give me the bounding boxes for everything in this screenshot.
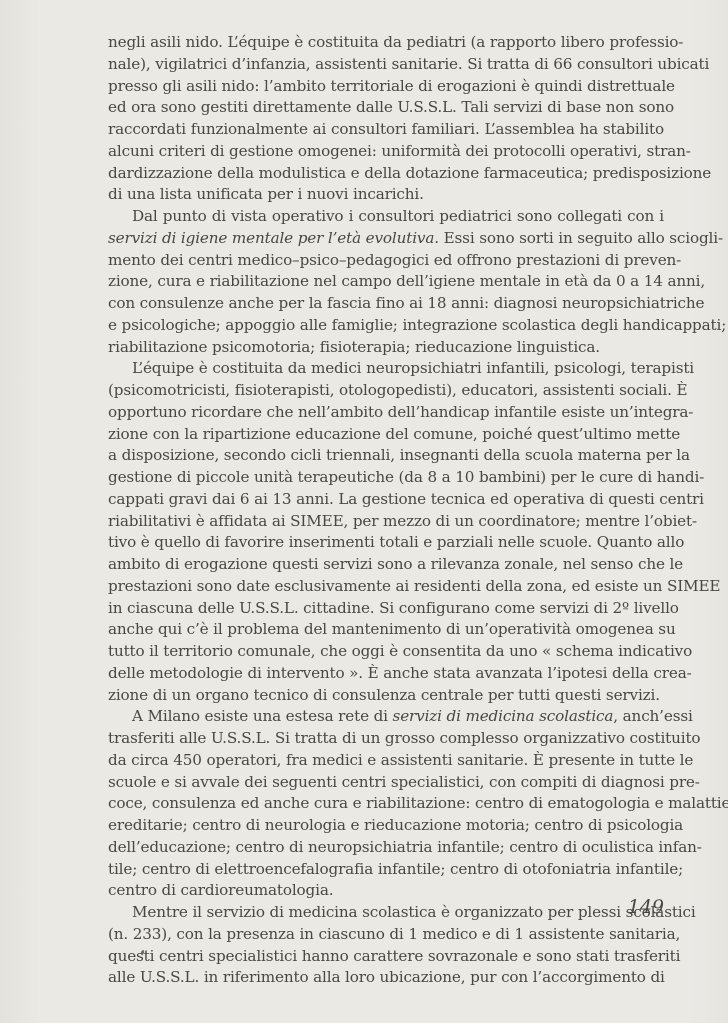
text-run: a disposizione, secondo cicli triennali,… <box>108 446 690 464</box>
text-run: zione con la ripartizione educazione del… <box>108 425 680 443</box>
text-line: di una lista unificata per i nuovi incar… <box>108 184 664 206</box>
text-line: zione con la ripartizione educazione del… <box>108 424 664 446</box>
text-run: anche qui c’è il problema del mantenimen… <box>108 620 676 638</box>
text-line: zione, cura e riabilitazione nel campo d… <box>108 271 664 293</box>
text-line: dell’educazione; centro di neuropsichiat… <box>108 837 664 859</box>
body-text: negli asili nido. L’équipe è costituita … <box>108 32 664 989</box>
page-number: 149 <box>628 896 664 918</box>
text-run: zione di un organo tecnico di consulenza… <box>108 686 660 704</box>
text-run: tivo è quello di favorire inserimenti to… <box>108 533 684 551</box>
text-line: a disposizione, secondo cicli triennali,… <box>108 445 664 467</box>
text-line: delle metodologie di intervento ». È anc… <box>108 663 664 685</box>
text-run: alcuni criteri di gestione omogenei: uni… <box>108 142 691 160</box>
text-run: scuole e si avvale dei seguenti centri s… <box>108 773 700 791</box>
text-line: raccordati funzionalmente ai consultori … <box>108 119 664 141</box>
text-line: Dal punto di vista operativo i consultor… <box>108 206 664 228</box>
text-run: ambito di erogazione questi servizi sono… <box>108 555 683 573</box>
text-line: alle U.S.S.L. in riferimento alla loro u… <box>108 967 664 989</box>
text-run: dardizzazione della modulistica e della … <box>108 164 711 182</box>
text-line: prestazioni sono date esclusivamente ai … <box>108 576 664 598</box>
text-run: raccordati funzionalmente ai consultori … <box>108 120 664 138</box>
text-line: alcuni criteri di gestione omogenei: uni… <box>108 141 664 163</box>
text-run: zione, cura e riabilitazione nel campo d… <box>108 272 705 290</box>
text-run: alle U.S.S.L. in riferimento alla loro u… <box>108 968 665 986</box>
text-run: centro di cardioreumatologia. <box>108 881 333 899</box>
text-line: ereditarie; centro di neurologia e riedu… <box>108 815 664 837</box>
text-line: tutto il territorio comunale, che oggi è… <box>108 641 664 663</box>
paragraph: negli asili nido. L’équipe è costituita … <box>108 32 664 206</box>
text-run: riabilitazione psicomotoria; fisioterapi… <box>108 338 600 356</box>
text-run: . Essi sono sorti in seguito allo sciogl… <box>434 229 723 247</box>
text-line: da circa 450 operatori, fra medici e ass… <box>108 750 664 772</box>
scanned-book-page: negli asili nido. L’équipe è costituita … <box>0 0 728 1023</box>
text-line: ambito di erogazione questi servizi sono… <box>108 554 664 576</box>
text-line: presso gli asili nido: l’ambito territor… <box>108 76 664 98</box>
text-line: gestione di piccole unità terapeutiche (… <box>108 467 664 489</box>
text-run: con consulenze anche per la fascia fino … <box>108 294 704 312</box>
text-run: Dal punto di vista operativo i consultor… <box>132 207 664 225</box>
text-run: A Milano esiste una estesa rete di <box>132 707 393 725</box>
paragraph: Dal punto di vista operativo i consultor… <box>108 206 664 358</box>
text-line: (n. 233), con la presenza in ciascuno di… <box>108 924 664 946</box>
text-run: (psicomotricisti, fisioterapisti, otolog… <box>108 381 687 399</box>
text-run: Mentre il servizio di medicina scolastic… <box>132 903 696 921</box>
text-run: coce, consulenza ed anche cura e riabili… <box>108 794 728 812</box>
text-line: tivo è quello di favorire inserimenti to… <box>108 532 664 554</box>
text-line: dardizzazione della modulistica e della … <box>108 163 664 185</box>
text-line: negli asili nido. L’équipe è costituita … <box>108 32 664 54</box>
text-run: negli asili nido. L’équipe è costituita … <box>108 33 683 51</box>
text-run: e psicologiche; appoggio alle famiglie; … <box>108 316 726 334</box>
text-line: scuole e si avvale dei seguenti centri s… <box>108 772 664 794</box>
text-line: in ciascuna delle U.S.S.L. cittadine. Si… <box>108 598 664 620</box>
text-line: opportuno ricordare che nell’ambito dell… <box>108 402 664 424</box>
text-line: anche qui c’è il problema del mantenimen… <box>108 619 664 641</box>
text-line: A Milano esiste una estesa rete di servi… <box>108 706 664 728</box>
text-line: mento dei centri medico–psico–pedagogici… <box>108 250 664 272</box>
text-run: dell’educazione; centro di neuropsichiat… <box>108 838 702 856</box>
text-line: riabilitativi è affidata ai SIMEE, per m… <box>108 511 664 533</box>
text-line: con consulenze anche per la fascia fino … <box>108 293 664 315</box>
text-run: opportuno ricordare che nell’ambito dell… <box>108 403 693 421</box>
text-run: cappati gravi dai 6 ai 13 anni. La gesti… <box>108 490 704 508</box>
text-run: delle metodologie di intervento ». È anc… <box>108 664 692 682</box>
text-line: nale), vigilatrici d’infanzia, assistent… <box>108 54 664 76</box>
text-line: cappati gravi dai 6 ai 13 anni. La gesti… <box>108 489 664 511</box>
text-run: riabilitativi è affidata ai SIMEE, per m… <box>108 512 697 530</box>
text-run: gestione di piccole unità terapeutiche (… <box>108 468 704 486</box>
text-run: prestazioni sono date esclusivamente ai … <box>108 577 720 595</box>
text-line: coce, consulenza ed anche cura e riabili… <box>108 793 664 815</box>
text-run: nale), vigilatrici d’infanzia, assistent… <box>108 55 709 73</box>
text-line: zione di un organo tecnico di consulenza… <box>108 685 664 707</box>
paragraph: A Milano esiste una estesa rete di servi… <box>108 706 664 902</box>
text-run: ereditarie; centro di neurologia e riedu… <box>108 816 683 834</box>
text-line: trasferiti alle U.S.S.L. Si tratta di un… <box>108 728 664 750</box>
paragraph: L’équipe è costituita da medici neuropsi… <box>108 358 664 706</box>
text-run: trasferiti alle U.S.S.L. Si tratta di un… <box>108 729 700 747</box>
text-line: riabilitazione psicomotoria; fisioterapi… <box>108 337 664 359</box>
text-line: tile; centro di elettroencefalografia in… <box>108 859 664 881</box>
italic-phrase: servizi di igiene mentale per l’età evol… <box>108 229 434 247</box>
text-run: presso gli asili nido: l’ambito territor… <box>108 77 675 95</box>
text-run: ed ora sono gestiti direttamente dalle U… <box>108 98 674 116</box>
text-line: Mentre il servizio di medicina scolastic… <box>108 902 664 924</box>
text-run: L’équipe è costituita da medici neuropsi… <box>132 359 694 377</box>
paragraph: Mentre il servizio di medicina scolastic… <box>108 902 664 989</box>
text-run: (n. 233), con la presenza in ciascuno di… <box>108 925 680 943</box>
text-line: ed ora sono gestiti direttamente dalle U… <box>108 97 664 119</box>
text-run: da circa 450 operatori, fra medici e ass… <box>108 751 693 769</box>
italic-phrase: servizi di medicina scolastica <box>393 707 614 725</box>
text-run: tutto il territorio comunale, che oggi è… <box>108 642 692 660</box>
text-line: servizi di igiene mentale per l’età evol… <box>108 228 664 250</box>
text-run: di una lista unificata per i nuovi incar… <box>108 185 424 203</box>
text-run: mento dei centri medico–psico–pedagogici… <box>108 251 681 269</box>
text-line: (psicomotricisti, fisioterapisti, otolog… <box>108 380 664 402</box>
text-run: questi centri specialistici hanno caratt… <box>108 947 680 965</box>
text-run: tile; centro di elettroencefalografia in… <box>108 860 683 878</box>
text-run: in ciascuna delle U.S.S.L. cittadine. Si… <box>108 599 679 617</box>
text-line: questi centri specialistici hanno caratt… <box>108 946 664 968</box>
text-line: e psicologiche; appoggio alle famiglie; … <box>108 315 664 337</box>
text-line: L’équipe è costituita da medici neuropsi… <box>108 358 664 380</box>
text-run: , anch’essi <box>613 707 692 725</box>
text-line: centro di cardioreumatologia. <box>108 880 664 902</box>
